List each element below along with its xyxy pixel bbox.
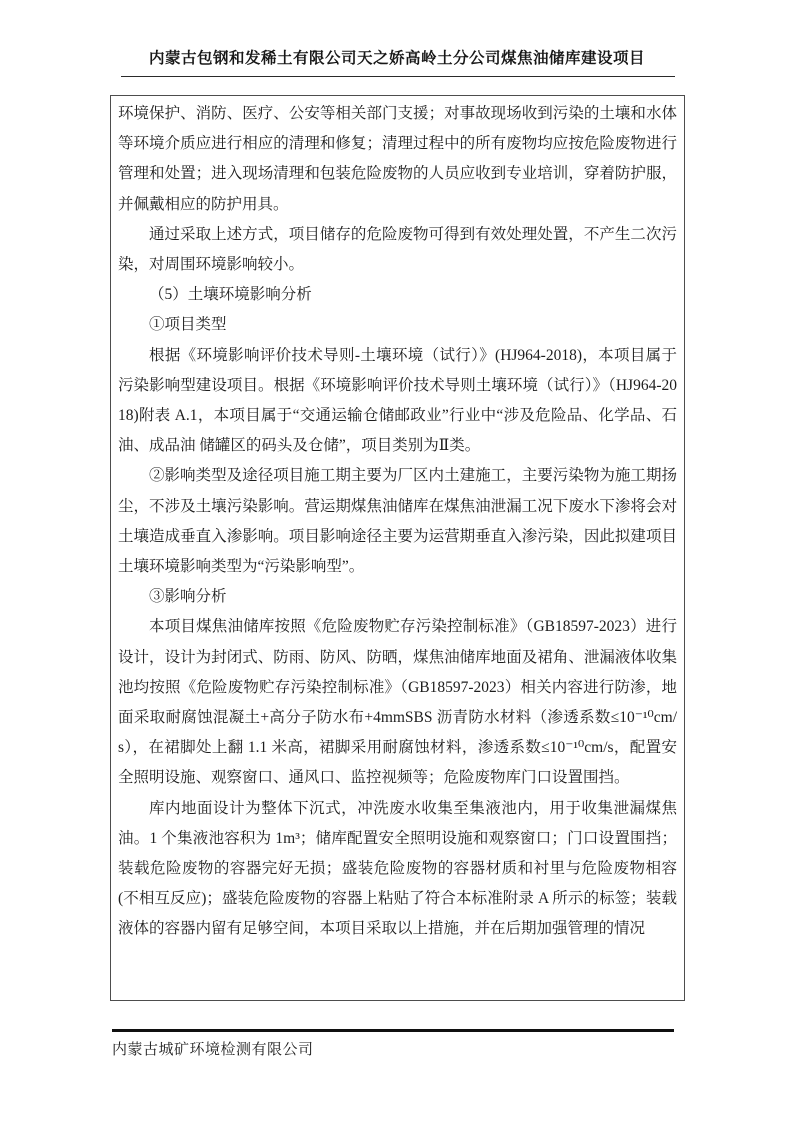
body-paragraph-7: ③影响分析	[118, 582, 677, 612]
body-paragraph-5: 根据《环境影响评价技术导则-土壤环境（试行）》(HJ964-2018)，本项目属…	[118, 341, 677, 462]
body-paragraph-1: 环境保护、消防、医疗、公安等相关部门支援；对事故现场收到污染的土壤和水体等环境介…	[118, 99, 677, 220]
body-paragraph-9: 库内地面设计为整体下沉式，冲洗废水收集至集液池内，用于收集泄漏煤焦油。1 个集液…	[118, 794, 677, 945]
document-page: 内蒙古包钢和发稀土有限公司天之娇高岭土分公司煤焦油储库建设项目 环境保护、消防、…	[0, 0, 794, 1123]
body-paragraph-4: ①项目类型	[118, 310, 677, 340]
body-paragraph-8: 本项目煤焦油储库按照《危险废物贮存污染控制标准》（GB18597-2023）进行…	[118, 612, 677, 793]
footer-company-name: 内蒙古城矿环境检测有限公司	[112, 1038, 314, 1059]
document-title: 内蒙古包钢和发稀土有限公司天之娇高岭土分公司煤焦油储库建设项目	[0, 46, 794, 68]
body-paragraph-3: （5）土壤环境影响分析	[118, 280, 677, 310]
body-paragraph-2: 通过采取上述方式，项目储存的危险废物可得到有效处理处置，不产生二次污染，对周围环…	[118, 220, 677, 280]
footer-rule	[112, 1029, 674, 1032]
body-paragraph-6: ②影响类型及途径项目施工期主要为厂区内土建施工，主要污染物为施工期扬尘，不涉及土…	[118, 461, 677, 582]
header-rule	[121, 76, 675, 77]
content-cell: 环境保护、消防、医疗、公安等相关部门支援；对事故现场收到污染的土壤和水体等环境介…	[110, 95, 685, 1001]
